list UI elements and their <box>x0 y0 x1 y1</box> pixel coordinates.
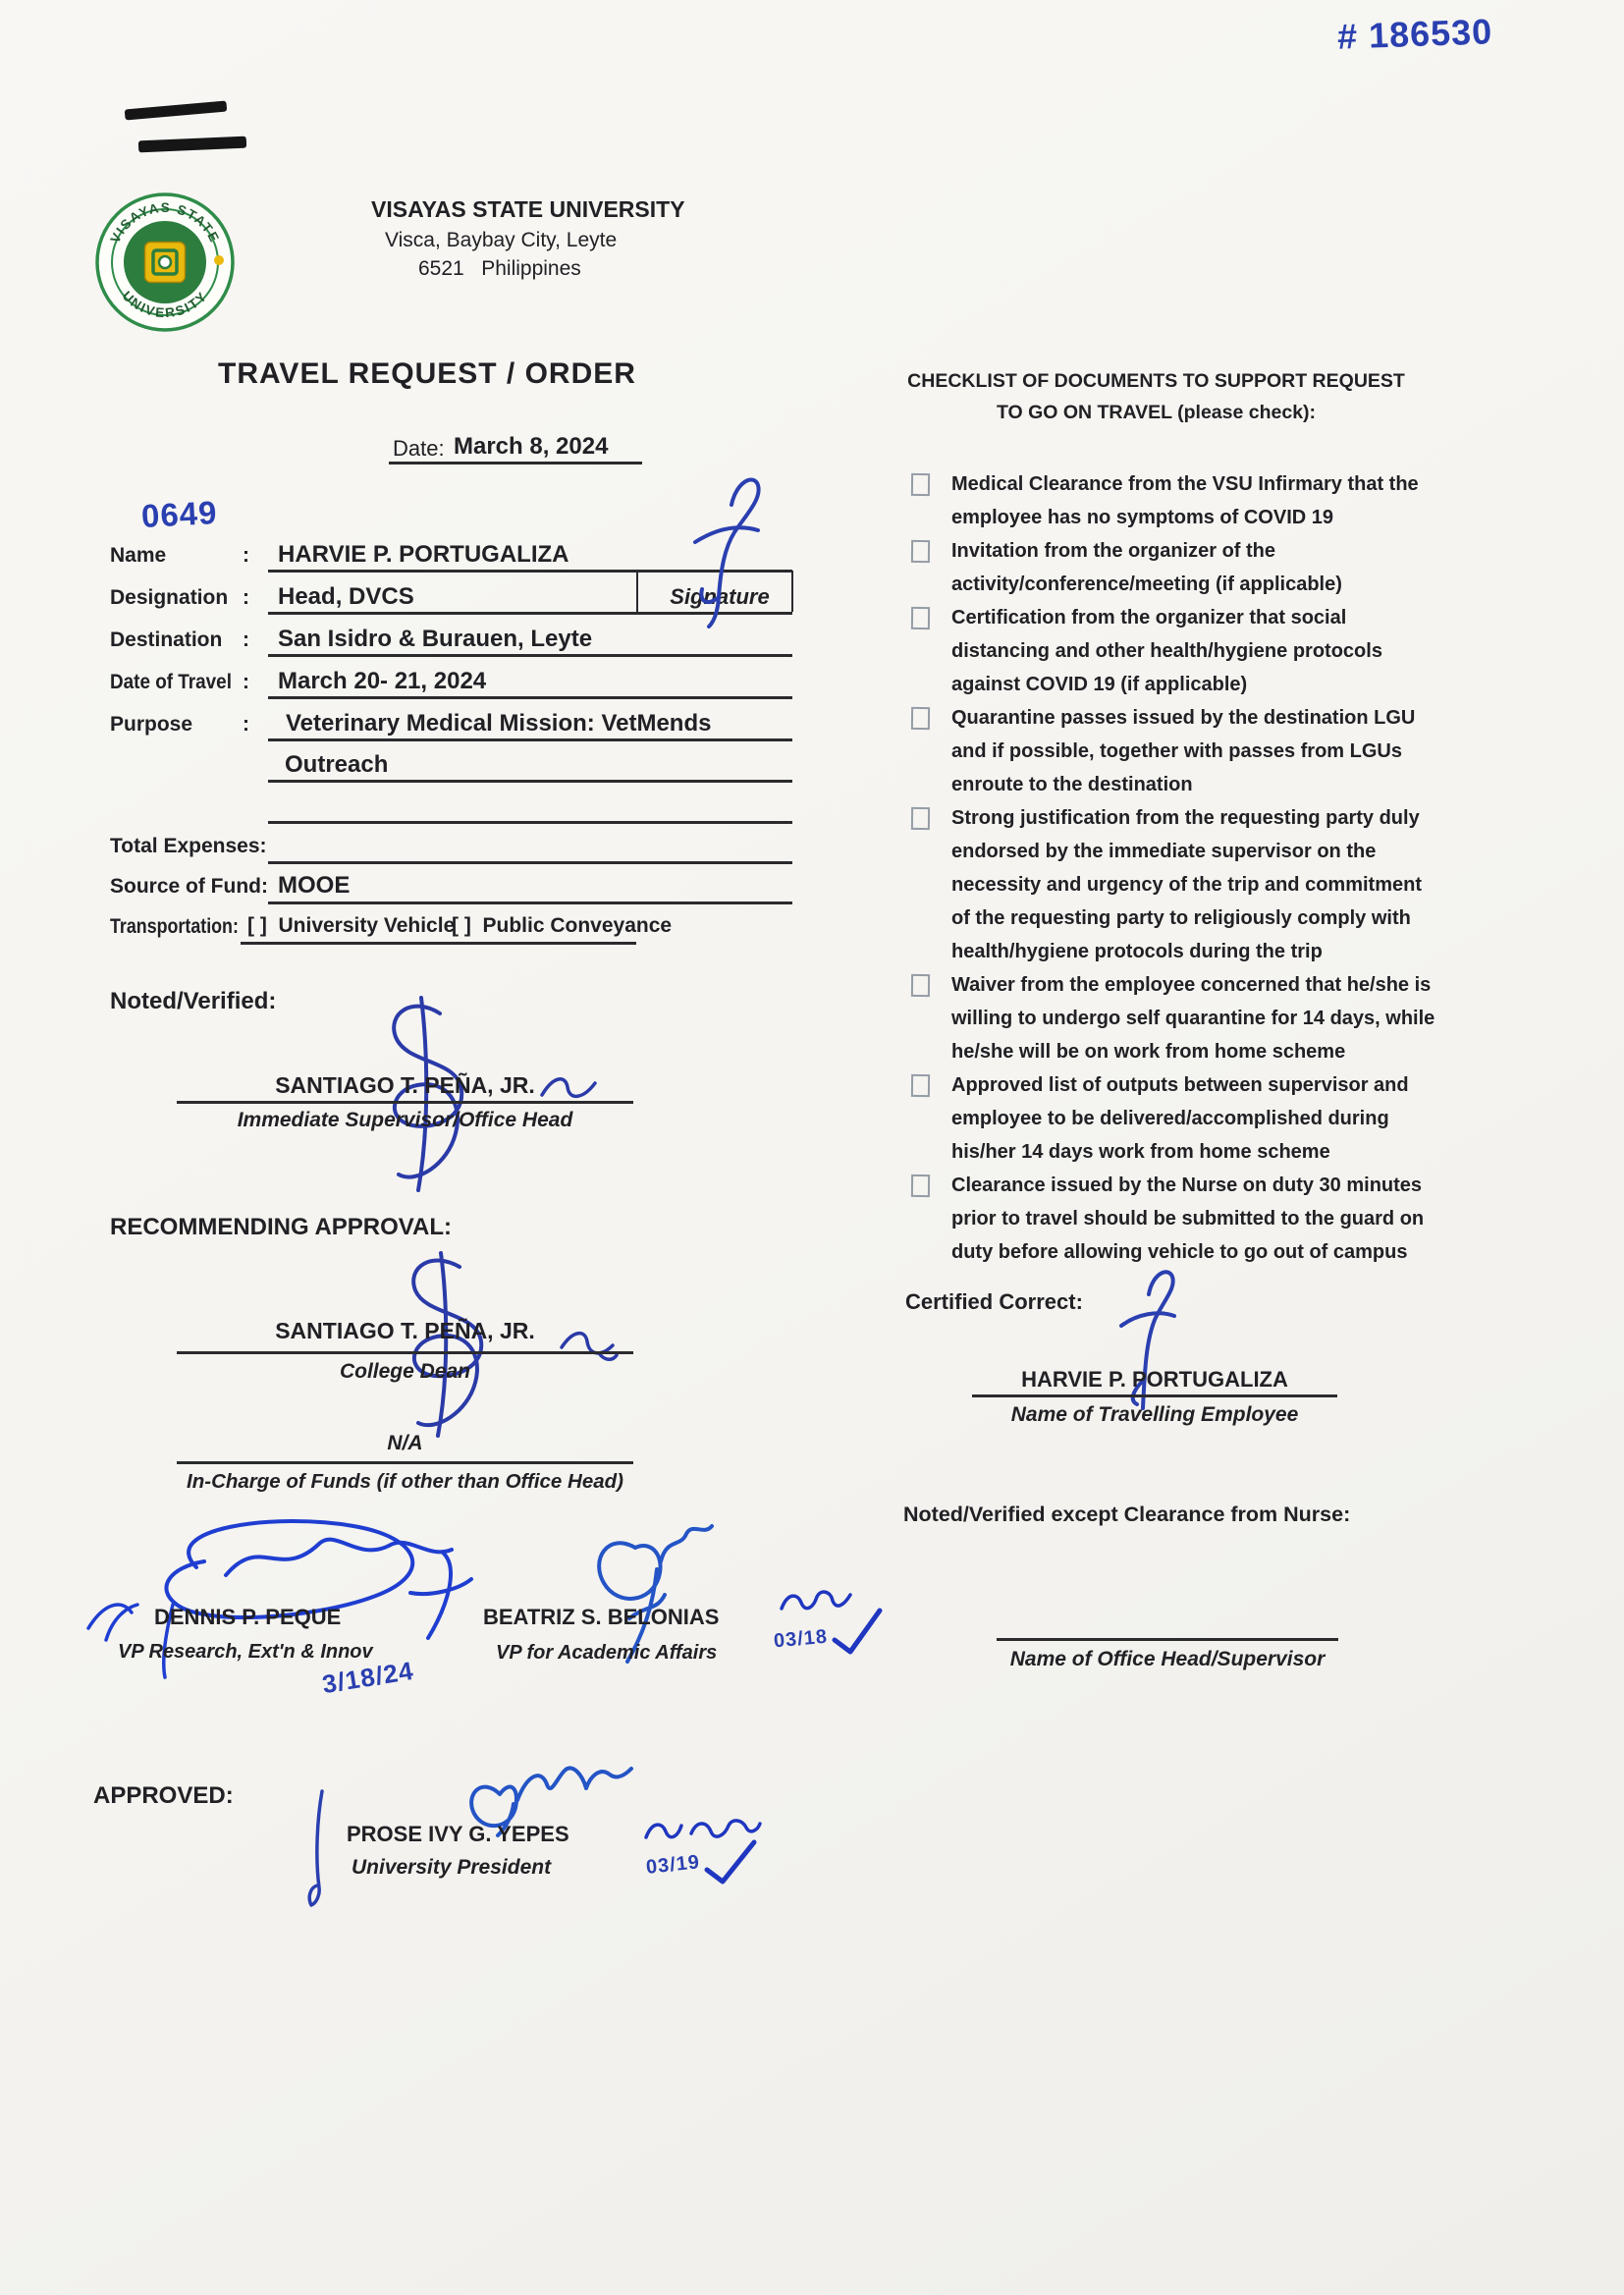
checklist-line: he/she will be on work from home scheme <box>951 1035 1435 1068</box>
checklist-line: and if possible, together with passes fr… <box>951 735 1415 768</box>
checklist-line: Clearance issued by the Nurse on duty 30… <box>951 1169 1424 1202</box>
checklist-line: enroute to the destination <box>951 768 1415 801</box>
field-colon: : <box>243 628 249 652</box>
checklist-line: Medical Clearance from the VSU Infirmary… <box>951 467 1419 501</box>
checklist-line: prior to travel should be submitted to t… <box>951 1202 1424 1235</box>
field-value-designation: Head, DVCS <box>278 583 414 611</box>
checkbox-icon <box>911 473 930 496</box>
handwritten-control-number: 0649 <box>140 494 218 535</box>
date-underline <box>389 462 642 464</box>
scan-mark <box>125 100 228 120</box>
checkbox-icon <box>911 1175 930 1197</box>
field-colon: : <box>243 713 249 737</box>
vp-academic-name: BEATRIZ S. BELONIAS <box>483 1605 719 1630</box>
field-value-name: HARVIE P. PORTUGALIZA <box>278 541 568 569</box>
university-name: VISAYAS STATE UNIVERSITY <box>371 196 685 223</box>
checklist-line: Approved list of outputs between supervi… <box>951 1068 1409 1102</box>
field-underline <box>268 780 792 783</box>
vp-academic-check-mark <box>827 1603 886 1662</box>
checklist-item: Quarantine passes issued by the destinat… <box>911 701 1415 801</box>
checklist-title-line1: CHECKLIST OF DOCUMENTS TO SUPPORT REQUES… <box>903 365 1409 397</box>
university-seal-logo: VISAYAS STATE UNIVERSITY <box>93 191 237 339</box>
field-value-date-of-travel: March 20- 21, 2024 <box>278 668 486 695</box>
scanned-travel-request-form: # 186530 VISAYAS STATE UNIVERSITY VISAYA… <box>0 0 1624 2295</box>
field-value-destination: San Isidro & Burauen, Leyte <box>278 626 592 653</box>
date-label: Date: <box>393 436 445 462</box>
checklist-line: employee to be delivered/accomplished du… <box>951 1102 1409 1135</box>
president-signature-stroke <box>302 1787 336 1915</box>
approved-label: APPROVED: <box>93 1782 234 1810</box>
field-label-destination: Destination <box>110 628 222 652</box>
signature-cell-right-border <box>791 571 793 612</box>
recommending-approval-label: RECOMMENDING APPROVAL: <box>110 1214 452 1241</box>
field-label-purpose: Purpose <box>110 713 192 737</box>
source-of-fund-label: Source of Fund: <box>110 875 268 899</box>
funds-in-charge-title: In-Charge of Funds (if other than Office… <box>113 1470 697 1494</box>
field-colon: : <box>243 544 249 568</box>
transportation-label: Transportation: <box>110 915 239 939</box>
office-head-caption: Name of Office Head/Supervisor <box>997 1648 1338 1671</box>
checklist-item: Certification from the organizer that so… <box>911 601 1382 701</box>
field-underline <box>268 654 792 657</box>
checklist-line: Invitation from the organizer of the <box>951 534 1342 568</box>
vp-academic-handwritten-date: 03/18 <box>773 1626 829 1654</box>
checklist-line: distancing and other health/hygiene prot… <box>951 634 1382 668</box>
dean-title: College Dean <box>177 1360 633 1384</box>
checklist-line: of the requesting party to religiously c… <box>951 902 1422 935</box>
checklist-line: activity/conference/meeting (if applicab… <box>951 568 1342 601</box>
checkbox-icon <box>911 707 930 730</box>
checklist-line: health/hygiene protocols during the trip <box>951 935 1422 968</box>
noted-except-nurse-label: Noted/Verified except Clearance from Nur… <box>903 1503 1350 1527</box>
supervisor-title: Immediate Supervisor/Office Head <box>177 1109 633 1132</box>
checklist-line: his/her 14 days work from home scheme <box>951 1135 1409 1169</box>
dean-signature <box>375 1249 517 1446</box>
supervisor-underline <box>177 1101 633 1104</box>
signature-cell-left-border <box>636 571 638 612</box>
transportation-option-university-vehicle: [ ] University Vehicle <box>247 914 455 938</box>
source-of-fund-value: MOOE <box>278 872 350 900</box>
blank-underline <box>268 821 792 824</box>
checklist-item: Strong justification from the requesting… <box>911 801 1422 968</box>
total-expenses-label: Total Expenses: <box>110 835 267 858</box>
dean-underline <box>177 1351 633 1354</box>
checkbox-icon <box>911 1074 930 1097</box>
field-colon: : <box>243 671 249 694</box>
certified-correct-label: Certified Correct: <box>905 1289 1083 1315</box>
purpose-continuation: Outreach <box>285 751 388 779</box>
handwritten-ref-number: # 186530 <box>1336 11 1493 57</box>
transportation-option-public-conveyance: [ ] Public Conveyance <box>452 914 672 938</box>
checklist-title: CHECKLIST OF DOCUMENTS TO SUPPORT REQUES… <box>903 365 1409 428</box>
president-title: University President <box>352 1856 551 1880</box>
checkbox-icon <box>911 540 930 563</box>
checklist-line: Quarantine passes issued by the destinat… <box>951 701 1415 735</box>
field-value-purpose: Veterinary Medical Mission: VetMends <box>286 710 711 738</box>
checklist-line: willing to undergo self quarantine for 1… <box>951 1002 1435 1035</box>
employee-signature <box>676 471 774 633</box>
certified-employee-underline <box>972 1394 1337 1397</box>
checklist-item: Waiver from the employee concerned that … <box>911 968 1435 1068</box>
checklist-item: Invitation from the organizer of the act… <box>911 534 1342 601</box>
president-check-mark <box>699 1836 760 1890</box>
vp-research-name: DENNIS P. PEQUE <box>154 1605 341 1630</box>
president-name: PROSE IVY G. YEPES <box>347 1822 569 1847</box>
field-label-designation: Designation <box>110 586 228 610</box>
funds-in-charge-value: N/A <box>177 1432 633 1455</box>
checkbox-icon <box>911 807 930 830</box>
field-underline <box>268 696 792 699</box>
university-address-line2: 6521 Philippines <box>418 257 581 281</box>
source-of-fund-underline <box>268 902 792 904</box>
vp-research-title: VP Research, Ext'n & Innov <box>118 1641 373 1664</box>
field-label-date-of-travel: Date of Travel <box>110 671 232 694</box>
checklist-item: Approved list of outputs between supervi… <box>911 1068 1409 1169</box>
field-underline <box>268 738 792 741</box>
university-address-line1: Visca, Baybay City, Leyte <box>385 229 617 252</box>
total-expenses-underline <box>268 861 792 864</box>
checkbox-icon <box>911 607 930 629</box>
checklist-line: Certification from the organizer that so… <box>951 601 1382 634</box>
checklist-line: Strong justification from the requesting… <box>951 801 1422 835</box>
vp-academic-title: VP for Academic Affairs <box>496 1642 717 1665</box>
checklist-line: endorsed by the immediate supervisor on … <box>951 835 1422 868</box>
checklist-item: Clearance issued by the Nurse on duty 30… <box>911 1169 1424 1269</box>
checklist-item: Medical Clearance from the VSU Infirmary… <box>911 467 1419 534</box>
transportation-underline <box>241 942 636 945</box>
funds-underline <box>177 1461 633 1464</box>
checklist-line: necessity and urgency of the trip and co… <box>951 868 1422 902</box>
checklist-line: duty before allowing vehicle to go out o… <box>951 1235 1424 1269</box>
checklist-line: against COVID 19 (if applicable) <box>951 668 1382 701</box>
checklist-line: employee has no symptoms of COVID 19 <box>951 501 1419 534</box>
certified-employee-caption: Name of Travelling Employee <box>972 1403 1337 1427</box>
scan-mark <box>138 137 246 153</box>
date-value: March 8, 2024 <box>454 433 608 461</box>
president-handwritten-date: 03/19 <box>645 1851 701 1880</box>
field-colon: : <box>243 586 249 610</box>
dean-name: SANTIAGO T. PEÑA, JR. <box>177 1318 633 1344</box>
form-title: TRAVEL REQUEST / ORDER <box>218 357 636 391</box>
supervisor-name: SANTIAGO T. PEÑA, JR. <box>177 1072 633 1099</box>
checklist-title-line2: TO GO ON TRAVEL (please check): <box>903 397 1409 428</box>
noted-verified-label: Noted/Verified: <box>110 988 276 1015</box>
field-label-name: Name <box>110 544 166 568</box>
checkbox-icon <box>911 974 930 997</box>
office-head-underline <box>997 1638 1338 1641</box>
certified-employee-name: HARVIE P. PORTUGALIZA <box>972 1367 1337 1393</box>
checklist-line: Waiver from the employee concerned that … <box>951 968 1435 1002</box>
